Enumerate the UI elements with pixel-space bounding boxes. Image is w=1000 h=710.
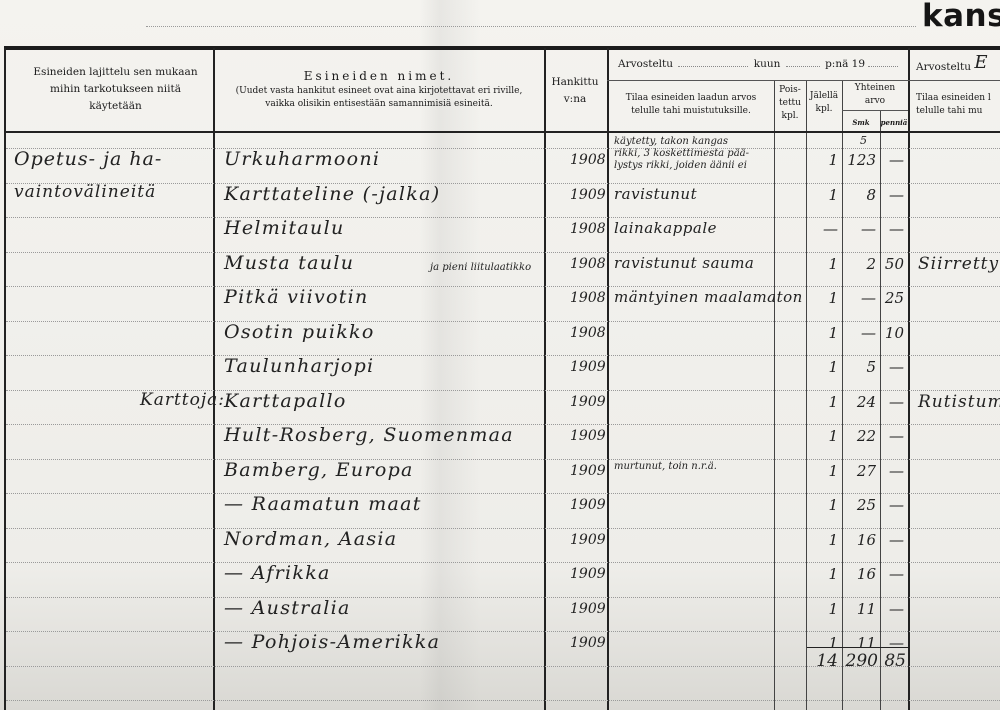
header-remarks-2: Tilaa esineiden l telulle tahi mu	[916, 92, 1000, 118]
item-name: Helmitaulu	[224, 217, 345, 239]
value-pennies: 25	[880, 289, 904, 307]
acquired-year: 1909	[570, 601, 606, 617]
ruled-line	[6, 562, 1000, 563]
value-pennies: 10	[880, 324, 904, 342]
header-bottom-rule	[4, 131, 1000, 133]
value-marks: 11	[842, 634, 876, 652]
item-name: — Australia	[224, 597, 351, 619]
value-marks: —	[842, 289, 876, 307]
remark-text: ravistunut	[614, 185, 697, 203]
value-marks: 2	[842, 255, 876, 273]
acquired-year: 1909	[570, 359, 606, 375]
item-name: — Raamatun maat	[224, 493, 422, 515]
header-removed-line: Pois-	[774, 84, 806, 97]
remaining-count: 1	[808, 462, 838, 480]
header-remaining-line: Jälellä	[806, 90, 842, 103]
acquired-year: 1908	[570, 256, 606, 272]
ledger-page: kansa Esineiden lajittelu sen mukaan mih…	[0, 0, 1000, 710]
acquired-year: 1909	[570, 566, 606, 582]
day-label: p:nä 19	[825, 58, 865, 70]
value-pennies: —	[880, 634, 904, 652]
value-pennies: —	[880, 600, 904, 618]
acquired-year: 1909	[570, 497, 606, 513]
header-subrule	[607, 80, 908, 81]
remaining-count: 1	[808, 634, 838, 652]
header-category: Esineiden lajittelu sen mukaan mihin tar…	[8, 64, 223, 115]
value-marks: 8	[842, 186, 876, 204]
remaining-count: 1	[808, 393, 838, 411]
marks-superscript: 5	[860, 134, 867, 147]
header-marks: Smk	[842, 114, 880, 131]
header-removed: Pois- tettu kpl.	[774, 84, 806, 123]
assessed-label: Arvosteltu	[618, 58, 673, 70]
remark-text: lystys rikki, joiden äänii ei	[614, 160, 747, 171]
remaining-count: 1	[808, 600, 838, 618]
value-marks: —	[842, 220, 876, 238]
item-name: — Afrikka	[224, 562, 331, 584]
remaining-count: 1	[808, 531, 838, 549]
header-acquired-line: v:na	[544, 91, 606, 108]
value-pennies: —	[880, 531, 904, 549]
value-pennies: —	[880, 393, 904, 411]
ruled-line	[6, 321, 1000, 322]
acquired-year: 1909	[570, 428, 606, 444]
remaining-count: —	[808, 220, 838, 238]
ruled-line	[6, 217, 1000, 218]
remaining-count: 1	[808, 289, 838, 307]
acquired-year: 1909	[570, 635, 606, 651]
item-name: Karttapallo	[224, 390, 347, 412]
value-marks: 123	[842, 151, 876, 169]
header-remarks-line: telulle tahi muistutuksille.	[608, 105, 774, 118]
header-assessment-1: Arvosteltu kuun p:nä 19	[618, 56, 908, 73]
col-divider	[806, 80, 807, 710]
remark-text: käytetty, takon kangas	[614, 136, 728, 147]
header-total-value-line: Yhteinen	[842, 82, 908, 95]
header-remaining-line: kpl.	[806, 103, 842, 116]
value-marks: 27	[842, 462, 876, 480]
page-title-fragment: kansa	[922, 0, 1000, 34]
category-label: vaintovälineitä	[14, 182, 156, 202]
value-marks: 24	[842, 393, 876, 411]
table-top-rule	[4, 46, 1000, 50]
acquired-year: 1909	[570, 463, 606, 479]
later-assessment-note: Rutistum	[918, 392, 1000, 412]
value-pennies: —	[880, 565, 904, 583]
remaining-count: 1	[808, 324, 838, 342]
item-name: Taulunharjopi	[224, 355, 374, 377]
value-marks: 25	[842, 496, 876, 514]
acquired-year: 1908	[570, 325, 606, 341]
header-subrule	[908, 80, 1000, 81]
header-removed-line: tettu	[774, 97, 806, 110]
acquired-year: 1908	[570, 221, 606, 237]
item-name: Urkuharmooni	[224, 148, 380, 170]
later-assessment-note: Siirretty	[918, 254, 999, 274]
value-pennies: —	[880, 358, 904, 376]
header-acquired-line: Hankittu	[544, 74, 606, 91]
month-label: kuun	[754, 58, 781, 70]
ruled-line	[6, 493, 1000, 494]
remaining-count: 1	[808, 151, 838, 169]
header-total-value: Yhteinen arvo	[842, 82, 908, 108]
total-marks: 290	[842, 651, 878, 671]
value-marks: 5	[842, 358, 876, 376]
remark-text: murtunut, toin n.r.ä.	[614, 461, 717, 472]
remaining-count: 1	[808, 255, 838, 273]
header-remarks-2-line: Tilaa esineiden l	[916, 92, 1000, 105]
header-remarks-line: Tilaa esineiden laadun arvos	[608, 92, 774, 105]
header-pennies: penniä	[880, 114, 908, 131]
header-assessment-2: Arvosteltu E	[916, 56, 1000, 76]
item-name-suffix: ja pieni liitulaatikko	[430, 262, 531, 273]
header-category-line: käytetään	[8, 98, 223, 115]
header-remaining: Jälellä kpl.	[806, 90, 842, 116]
remaining-count: 1	[808, 358, 838, 376]
header-names-note: vaikka olisikin entisestään samannimisiä…	[214, 98, 544, 111]
acquired-year: 1909	[570, 187, 606, 203]
item-name: Hult-Rosberg, Suomenmaa	[224, 424, 514, 446]
value-pennies: —	[880, 496, 904, 514]
ruled-line	[6, 597, 1000, 598]
value-pennies: —	[880, 186, 904, 204]
total-remaining: 14	[808, 651, 838, 671]
remaining-count: 1	[808, 427, 838, 445]
assessed-label-2: Arvosteltu	[916, 61, 971, 73]
category-label: Opetus- ja ha-	[14, 148, 162, 170]
header-subrule	[842, 110, 908, 111]
remaining-count: 1	[808, 496, 838, 514]
header-total-value-line: arvo	[842, 95, 908, 108]
header-dotted-line	[146, 26, 916, 27]
value-marks: 22	[842, 427, 876, 445]
remark-text: rikki, 3 koskettimesta pää-	[614, 148, 749, 159]
ruled-line	[6, 631, 1000, 632]
item-name: Karttateline (-jalka)	[224, 183, 440, 205]
header-remarks: Tilaa esineiden laadun arvos telulle tah…	[608, 92, 774, 118]
header-names-title: Esineiden nimet.	[214, 68, 544, 85]
value-marks: 16	[842, 565, 876, 583]
value-marks: 16	[842, 531, 876, 549]
ruled-line	[6, 700, 1000, 701]
value-marks: —	[842, 324, 876, 342]
remaining-count: 1	[808, 186, 838, 204]
ruled-line	[6, 528, 1000, 529]
item-name: Musta taulu	[224, 252, 354, 274]
remark-text: lainakappale	[614, 219, 717, 237]
ruled-line	[6, 252, 1000, 253]
col-divider	[774, 80, 775, 710]
header-names: Esineiden nimet. (Uudet vasta hankitut e…	[214, 68, 544, 111]
item-name: — Pohjois-Amerikka	[224, 631, 440, 653]
header-acquired: Hankittu v:na	[544, 74, 606, 108]
value-pennies: —	[880, 427, 904, 445]
remaining-count: 1	[808, 565, 838, 583]
value-pennies: 50	[880, 255, 904, 273]
ruled-line	[6, 355, 1000, 356]
acquired-year: 1909	[570, 394, 606, 410]
ruled-line	[6, 286, 1000, 287]
value-pennies: —	[880, 220, 904, 238]
remark-text: mäntyinen maalamaton	[614, 288, 803, 306]
header-names-note: (Uudet vasta hankitut esineet ovat aina …	[214, 85, 544, 98]
value-pennies: —	[880, 462, 904, 480]
item-name: Pitkä viivotin	[224, 286, 369, 308]
acquired-year: 1908	[570, 152, 606, 168]
remark-text: ravistunut sauma	[614, 254, 754, 272]
item-name: Bamberg, Europa	[224, 459, 414, 481]
header-remarks-2-line: telulle tahi mu	[916, 105, 1000, 118]
handwritten-mark: E	[974, 52, 988, 73]
header-category-line: mihin tarkotukseen niitä	[8, 81, 223, 98]
item-name: Osotin puikko	[224, 321, 375, 343]
acquired-year: 1908	[570, 290, 606, 306]
ruled-line	[6, 459, 1000, 460]
total-pennies: 85	[880, 651, 906, 671]
value-pennies: —	[880, 151, 904, 169]
header-category-line: Esineiden lajittelu sen mukaan	[8, 64, 223, 81]
item-name: Nordman, Aasia	[224, 528, 397, 550]
value-marks: 11	[842, 600, 876, 618]
acquired-year: 1909	[570, 532, 606, 548]
header-removed-line: kpl.	[774, 110, 806, 123]
category-label: Karttoja:	[140, 390, 225, 410]
